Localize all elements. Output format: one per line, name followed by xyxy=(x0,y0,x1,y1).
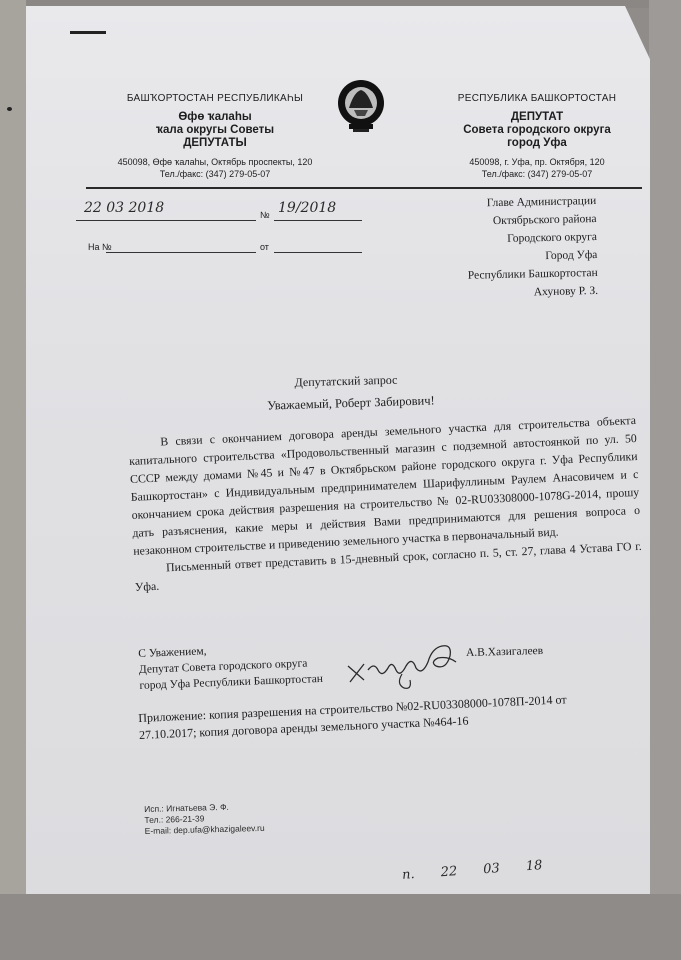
letterhead-right-phone: Тел./факс: (347) 279-05-07 xyxy=(432,168,642,180)
reply-to-underline xyxy=(106,252,256,253)
executor-block: Исп.: Игнатьева Э. Ф. Тел.: 266-21-39 E-… xyxy=(144,801,265,837)
handwritten-signature xyxy=(344,636,484,691)
coat-of-arms-icon xyxy=(334,78,388,134)
letter-subject: Депутатский запрос xyxy=(226,371,466,392)
number-label: № xyxy=(260,210,270,220)
letterhead-right-city: город Уфа xyxy=(432,137,642,150)
background-left xyxy=(0,0,26,960)
letterhead-left-council: ҡала округы Советы xyxy=(90,124,340,137)
outgoing-date: 22 03 2018 xyxy=(84,200,164,216)
from-underline xyxy=(274,252,362,253)
background-desk xyxy=(0,894,681,960)
receipt-handwritten-note: п. 22 03 18 xyxy=(402,858,543,883)
pen-mark xyxy=(70,31,106,34)
letterhead-left-deputy: ДЕПУТАТЫ xyxy=(90,137,340,150)
number-underline xyxy=(274,220,362,221)
reply-to-label: На № xyxy=(88,242,112,252)
closing-block: С Уважением, Депутат Совета городского о… xyxy=(138,637,370,694)
from-label: от xyxy=(260,242,269,252)
letter-body: В связи с окончанием договора аренды зем… xyxy=(128,411,643,596)
stain-mark xyxy=(7,107,12,111)
addressee-block: Главе Администрации Октябрьского района … xyxy=(436,192,598,303)
appendix-text: Приложение: копия разрешения на строител… xyxy=(138,689,619,744)
letterhead-divider xyxy=(86,187,642,189)
letter-greeting: Уважаемый, Роберт Забирович! xyxy=(226,392,476,415)
executor-email: E-mail: dep.ufa@khazigaleev.ru xyxy=(145,823,265,837)
letter-page: БАШҠОРТОСТАН РЕСПУБЛИКАҺЫ Өфө ҡалаһы ҡал… xyxy=(26,6,650,894)
letterhead-right-deputy: ДЕПУТАТ xyxy=(432,111,642,124)
letterhead-left-city: Өфө ҡалаһы xyxy=(90,111,340,124)
letterhead-left: БАШҠОРТОСТАН РЕСПУБЛИКАҺЫ Өфө ҡалаһы ҡал… xyxy=(90,92,340,180)
outgoing-number: 19/2018 xyxy=(278,200,336,216)
addressee-line: Ахунову Р. З. xyxy=(438,282,598,303)
body-paragraph: В связи с окончанием договора аренды зем… xyxy=(128,411,641,560)
signer-name: А.В.Хазигалеев xyxy=(466,645,543,659)
letterhead-left-address: 450098, Өфө ҡалаһы, Октябрь проспекты, 1… xyxy=(90,156,340,168)
letterhead-right: РЕСПУБЛИКА БАШКОРТОСТАН ДЕПУТАТ Совета г… xyxy=(432,92,642,180)
letterhead-right-council: Совета городского округа xyxy=(432,124,642,137)
letterhead-right-address: 450098, г. Уфа, пр. Октября, 120 xyxy=(432,156,642,168)
letterhead-right-republic: РЕСПУБЛИКА БАШКОРТОСТАН xyxy=(432,92,642,105)
letterhead-left-phone: Тел./факс: (347) 279-05-07 xyxy=(90,168,340,180)
letterhead-left-republic: БАШҠОРТОСТАН РЕСПУБЛИКАҺЫ xyxy=(90,92,340,105)
background-right xyxy=(649,0,681,960)
date-underline xyxy=(76,220,256,221)
